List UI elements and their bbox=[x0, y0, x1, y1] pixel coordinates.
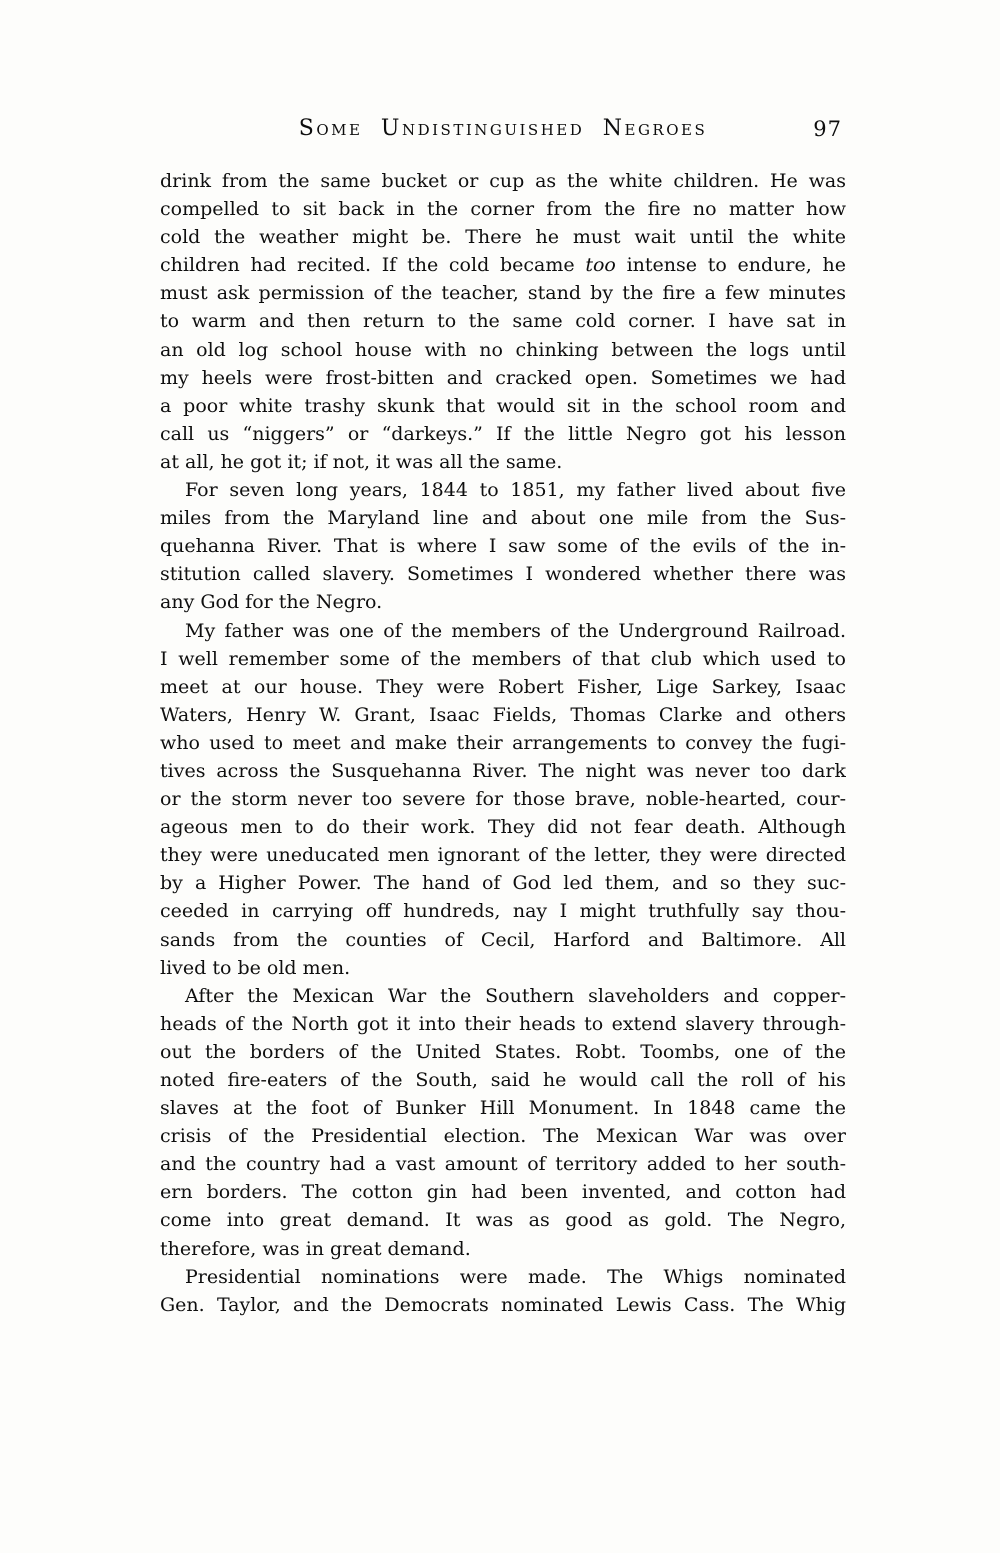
page-header: Some Undistinguished Negroes 97 bbox=[160, 116, 846, 146]
text-line: children had recited. If the cold became… bbox=[160, 251, 846, 279]
text-line: by a Higher Power. The hand of God led t… bbox=[160, 869, 846, 897]
text-line: compelled to sit back in the corner from… bbox=[160, 195, 846, 223]
text-line: an old log school house with no chinking… bbox=[160, 336, 846, 364]
text-line: at all, he got it; if not, it was all th… bbox=[160, 448, 846, 476]
text-line: miles from the Maryland line and about o… bbox=[160, 504, 846, 532]
text-line: Presidential nominations were made. The … bbox=[160, 1263, 846, 1291]
text-line: a poor white trashy skunk that would sit… bbox=[160, 392, 846, 420]
text-line: come into great demand. It was as good a… bbox=[160, 1206, 846, 1234]
text-line: to warm and then return to the same cold… bbox=[160, 307, 846, 335]
paragraph: After the Mexican War the Southern slave… bbox=[160, 982, 846, 1263]
text-line: Gen. Taylor, and the Democrats nominated… bbox=[160, 1291, 846, 1319]
book-page: Some Undistinguished Negroes 97 drink fr… bbox=[0, 0, 1000, 1553]
text-line: quehanna River. That is where I saw some… bbox=[160, 532, 846, 560]
text-line: and the country had a vast amount of ter… bbox=[160, 1150, 846, 1178]
paragraph: Presidential nominations were made. The … bbox=[160, 1263, 846, 1319]
text-line: For seven long years, 1844 to 1851, my f… bbox=[160, 476, 846, 504]
text-line: noted fire-eaters of the South, said he … bbox=[160, 1066, 846, 1094]
text-line: ceeded in carrying off hundreds, nay I m… bbox=[160, 897, 846, 925]
text-line: slaves at the foot of Bunker Hill Monume… bbox=[160, 1094, 846, 1122]
text-line: drink from the same bucket or cup as the… bbox=[160, 167, 846, 195]
text-line: who used to meet and make their arrangem… bbox=[160, 729, 846, 757]
text-line: ern borders. The cotton gin had been inv… bbox=[160, 1178, 846, 1206]
paragraph: My father was one of the members of the … bbox=[160, 617, 846, 982]
text-line: My father was one of the members of the … bbox=[160, 617, 846, 645]
page-body: drink from the same bucket or cup as the… bbox=[160, 167, 846, 1319]
text-line: crisis of the Presidential election. The… bbox=[160, 1122, 846, 1150]
paragraph: For seven long years, 1844 to 1851, my f… bbox=[160, 476, 846, 616]
text-line: ageous men to do their work. They did no… bbox=[160, 813, 846, 841]
text-line: sands from the counties of Cecil, Harfor… bbox=[160, 926, 846, 954]
page-number: 97 bbox=[813, 117, 842, 141]
text-line: out the borders of the United States. Ro… bbox=[160, 1038, 846, 1066]
text-line: lived to be old men. bbox=[160, 954, 846, 982]
text-line: must ask permission of the teacher, stan… bbox=[160, 279, 846, 307]
text-line: After the Mexican War the Southern slave… bbox=[160, 982, 846, 1010]
text-line: therefore, was in great demand. bbox=[160, 1235, 846, 1263]
text-line: cold the weather might be. There he must… bbox=[160, 223, 846, 251]
paragraph: drink from the same bucket or cup as the… bbox=[160, 167, 846, 476]
text-line: any God for the Negro. bbox=[160, 588, 846, 616]
text-line: stitution called slavery. Sometimes I wo… bbox=[160, 560, 846, 588]
text-line: meet at our house. They were Robert Fish… bbox=[160, 673, 846, 701]
chapter-title: Some Undistinguished Negroes bbox=[160, 116, 846, 141]
text-line: heads of the North got it into their hea… bbox=[160, 1010, 846, 1038]
text-line: they were uneducated men ignorant of the… bbox=[160, 841, 846, 869]
text-line: tives across the Susquehanna River. The … bbox=[160, 757, 846, 785]
text-line: call us “niggers” or “darkeys.” If the l… bbox=[160, 420, 846, 448]
text-line: Waters, Henry W. Grant, Isaac Fields, Th… bbox=[160, 701, 846, 729]
text-line: I well remember some of the members of t… bbox=[160, 645, 846, 673]
text-line: my heels were frost-bitten and cracked o… bbox=[160, 364, 846, 392]
text-line: or the storm never too severe for those … bbox=[160, 785, 846, 813]
